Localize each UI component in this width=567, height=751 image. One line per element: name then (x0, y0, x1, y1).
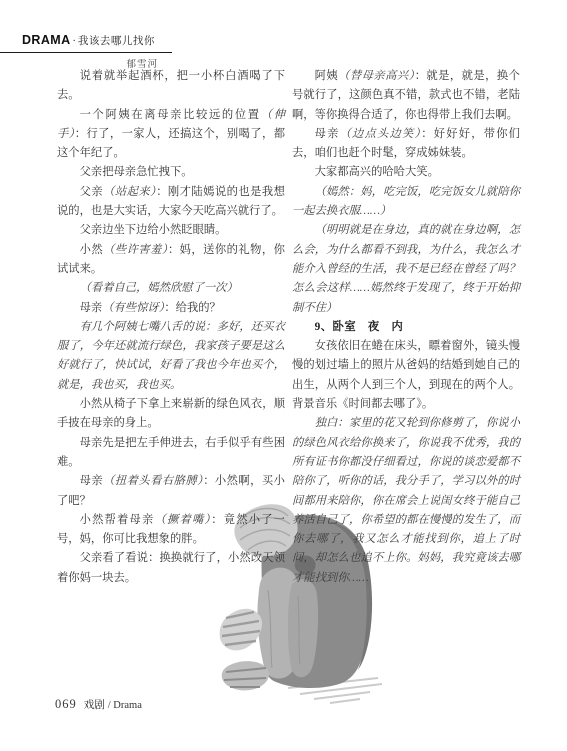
page-number: 069 (55, 697, 77, 711)
script-paragraph: 小然帮着母亲（撅着嘴）：竟然小了一号，妈，你可比我想象的胖。 (57, 511, 285, 550)
stage-direction-text: （有些惊讶） (102, 302, 164, 314)
script-text: 小然从椅子下拿上来崭新的绿色风衣，顺手披在母亲的身上。 (57, 398, 285, 429)
stage-direction-text: （边点头边笑） (340, 128, 422, 140)
section-name-en: / Drama (108, 700, 142, 711)
script-text: 母亲先是把左手伸进去，右手似乎有些困难。 (57, 437, 285, 468)
category-label: DRAMA (22, 33, 71, 47)
script-text: ：行了，一家人，还搞这个，别喝了，都这个年纪了。 (57, 128, 285, 159)
scene-heading: 9、卧室 夜 内 (292, 318, 520, 337)
script-paragraph: 说着就举起酒杯，把一小杯白酒喝了下去。 (57, 67, 285, 106)
script-paragraph: 大家都高兴的哈哈大笑。 (292, 163, 520, 182)
work-title: 我该去哪儿找你 (78, 36, 155, 47)
page-header: DRAMA·我该去哪儿找你 郁雪河 (0, 31, 172, 70)
script-text: 大家都高兴的哈哈大笑。 (315, 166, 439, 178)
script-text: 父亲把母亲急忙拽下。 (80, 166, 193, 178)
script-text: 父亲 (80, 186, 104, 198)
script-paragraph: 父亲边坐下边给小然眨眼睛。 (57, 221, 285, 240)
script-text: 小然帮着母亲 (80, 514, 155, 526)
stage-direction-text: （嫣然：妈，吃完饭，吃完饭女儿就陪你一起去换衣服……） (292, 186, 520, 217)
script-paragraph: 阿姨（替母亲高兴）：就是，就是，换个号就行了，这颜色真不错，款式也不错，老陆啊，… (292, 67, 520, 125)
script-paragraph: 父亲（站起来）：刚才陆嫣说的也是我想说的，也是大实话，大家今天吃高兴就行了。 (57, 183, 285, 222)
script-text: 一个阿姨在离母亲比较远的位置 (80, 109, 261, 121)
script-text: 女孩依旧在蜷在床头，瞟着窗外，镜头慢慢的划过墙上的照片从爸妈的结婚到她自己的出生… (292, 340, 520, 410)
stage-direction-text: （明明就是在身边，真的就在身边啊，怎么会，为什么都看不到我，为什么，我怎么才能介… (292, 224, 520, 313)
stage-direction-text: （站起来） (103, 186, 156, 198)
script-paragraph: 母亲（边点头边笑）：好好好，带你们去，咱们也赶个时髦，穿成姊妹装。 (292, 125, 520, 164)
script-paragraph: （明明就是在身边，真的就在身边啊，怎么会，为什么都看不到我，为什么，我怎么才能介… (292, 221, 520, 317)
script-text: 父亲看了看说：换换就行了，小然改天领着你妈一块去。 (57, 552, 285, 583)
script-paragraph: 母亲（扭着头看右胳膊）：小然啊，买小了吧？ (57, 472, 285, 511)
script-paragraph: 小然从椅子下拿上来崭新的绿色风衣，顺手披在母亲的身上。 (57, 395, 285, 434)
script-text: 母亲 (80, 475, 104, 487)
script-text: 母亲 (315, 128, 340, 140)
script-paragraph: 父亲看了看说：换换就行了，小然改天领着你妈一块去。 (57, 549, 285, 588)
stage-direction-text: （些许害羞） (103, 244, 168, 256)
text-column-left: 说着就举起酒杯，把一小杯白酒喝了下去。一个阿姨在离母亲比较远的位置（伸手）：行了… (57, 67, 285, 588)
text-column-right: 阿姨（替母亲高兴）：就是，就是，换个号就行了，这颜色真不错，款式也不错，老陆啊，… (292, 67, 520, 588)
script-paragraph: 独白：家里的花又轮到你修剪了，你说小的绿色风衣给你换来了，你说我不优秀，我的所有… (292, 414, 520, 588)
script-paragraph: 女孩依旧在蜷在床头，瞟着窗外，镜头慢慢的划过墙上的照片从爸妈的结婚到她自己的出生… (292, 337, 520, 414)
script-text: 说着就举起酒杯，把一小杯白酒喝了下去。 (57, 70, 285, 101)
script-paragraph: 一个阿姨在离母亲比较远的位置（伸手）：行了，一家人，还搞这个，别喝了，都这个年纪… (57, 106, 285, 164)
script-paragraph: 母亲（有些惊讶）：给我的？ (57, 299, 285, 318)
section-name-cn: 戏剧 (84, 700, 105, 711)
script-text: 父亲边坐下边给小然眨眼睛。 (80, 224, 227, 236)
script-paragraph: （看着自己，嫣然欣慰了一次） (57, 279, 285, 298)
stage-direction-text: 独白：家里的花又轮到你修剪了，你说小的绿色风衣给你换来了，你说我不优秀，我的所有… (292, 417, 520, 583)
header-title-row: DRAMA·我该去哪儿找你 (0, 31, 172, 53)
dot-separator-icon: · (73, 36, 76, 47)
script-paragraph: 母亲先是把左手伸进去，右手似乎有些困难。 (57, 434, 285, 473)
script-paragraph: 父亲把母亲急忙拽下。 (57, 163, 285, 182)
stage-direction-text: （替母亲高兴） (338, 70, 415, 82)
stage-direction-text: （看着自己，嫣然欣慰了一次） (80, 282, 238, 294)
script-text: 9、卧室 夜 内 (315, 321, 404, 333)
script-text: 小然 (80, 244, 104, 256)
script-text: 阿姨 (315, 70, 339, 82)
stage-direction-text: （扭着头看右胳膊） (103, 475, 203, 487)
script-paragraph: 有几个阿姨七嘴八舌的说：多好，还买衣服了，今年还就流行绿色，我家孩子要是这么好就… (57, 318, 285, 395)
script-paragraph: （嫣然：妈，吃完饭，吃完饭女儿就陪你一起去换衣服……） (292, 183, 520, 222)
script-text: 母亲 (80, 302, 103, 314)
magazine-page: DRAMA·我该去哪儿找你 郁雪河 (0, 0, 567, 751)
script-text: ：给我的？ (164, 302, 221, 314)
script-paragraph: 小然（些许害羞）：妈，送你的礼物，你试试来。 (57, 241, 285, 280)
page-footer: 069戏剧/ Drama (55, 697, 142, 712)
stage-direction-text: 有几个阿姨七嘴八舌的说：多好，还买衣服了，今年还就流行绿色，我家孩子要是这么好就… (57, 321, 285, 391)
stage-direction-text: （撅着嘴） (155, 514, 212, 526)
